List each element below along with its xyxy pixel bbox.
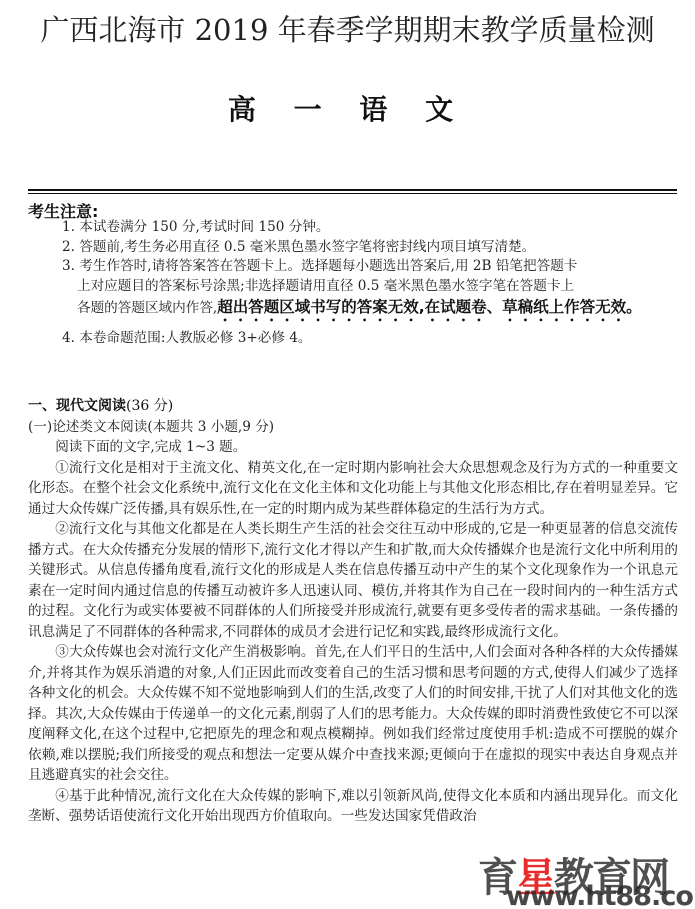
watermark-name-red: 星	[516, 855, 554, 901]
passage-paragraph-2: ②流行文化与其他文化都是在人类长期生产生活的社会交往互动中形成的,它是一种更显著…	[28, 519, 678, 642]
notice-item-3-normal-text: 各题的答题区域内作答,	[77, 300, 217, 316]
passage-paragraph-1: ①流行文化是相对于主流文化、精英文化,在一定时期内影响社会大众思想观念及行为方式…	[28, 458, 678, 520]
watermark-name-part2: 教育网	[554, 855, 668, 901]
subject-title: 高 一 语 文	[0, 88, 695, 128]
section-heading-text: 一、现代文阅读	[28, 398, 126, 414]
section-modern-reading: 一、现代文阅读(36 分) (一)论述类文本阅读(本题共 3 小题,9 分) 阅…	[28, 396, 678, 827]
notice-item-2: 2. 答题前,考生务必用直径 0.5 毫米黑色墨水签字笔将密封线内项目填写清楚。	[62, 238, 677, 258]
passage-paragraph-4: ④基于此种情况,流行文化在大众传媒的影响下,难以引领新风尚,使得文化本质和内涵出…	[28, 786, 678, 827]
exam-title: 广西北海市 2019 年春季学期期末教学质量检测	[0, 8, 695, 49]
section-heading: 一、现代文阅读(36 分)	[28, 396, 678, 417]
header-rule-thick	[28, 189, 677, 191]
watermark-site-name: 育星教育网	[478, 846, 668, 903]
notice-item-3-line3: 各题的答题区域内作答,超出答题区域书写的答案无效,在试题卷、草稿纸上作答无效。	[62, 296, 677, 325]
notice-item-4: 4. 本卷命题范围:人教版必修 3+必修 4。	[62, 329, 677, 349]
watermark-logo: 育星教育网 www.ht88.com	[478, 852, 695, 909]
reading-instruction: 阅读下面的文字,完成 1~3 题。	[28, 437, 678, 458]
subsection-heading: (一)论述类文本阅读(本题共 3 小题,9 分)	[28, 417, 678, 438]
header-rule-thin	[28, 193, 677, 194]
passage-paragraph-3: ③大众传媒也会对流行文化产生消极影响。首先,在人们平日的生活中,人们会面对各种各…	[28, 642, 678, 786]
notice-item-3-line2: 上对应题目的答案标号涂黑;非选择题请用直径 0.5 毫米黑色墨水签字笔在答题卡上	[62, 277, 677, 297]
section-heading-points: (36 分)	[126, 398, 173, 414]
notice-item-3-emphasis-text: 超出答题区域书写的答案无效,在试题卷、草稿纸上作答无效。	[217, 298, 641, 316]
notice-item-3-line1: 3. 考生作答时,请将答案答在答题卡上。选择题每小题选出答案后,用 2B 铅笔把…	[62, 257, 677, 277]
notice-item-3: 3. 考生作答时,请将答案答在答题卡上。选择题每小题选出答案后,用 2B 铅笔把…	[62, 257, 677, 325]
watermark-name-part1: 育	[478, 855, 516, 901]
notice-item-1: 1. 本试卷满分 150 分,考试时间 150 分钟。	[62, 218, 677, 238]
notice-list: 1. 本试卷满分 150 分,考试时间 150 分钟。 2. 答题前,考生务必用…	[62, 218, 677, 349]
watermark-url: www.ht88.com	[506, 881, 695, 909]
